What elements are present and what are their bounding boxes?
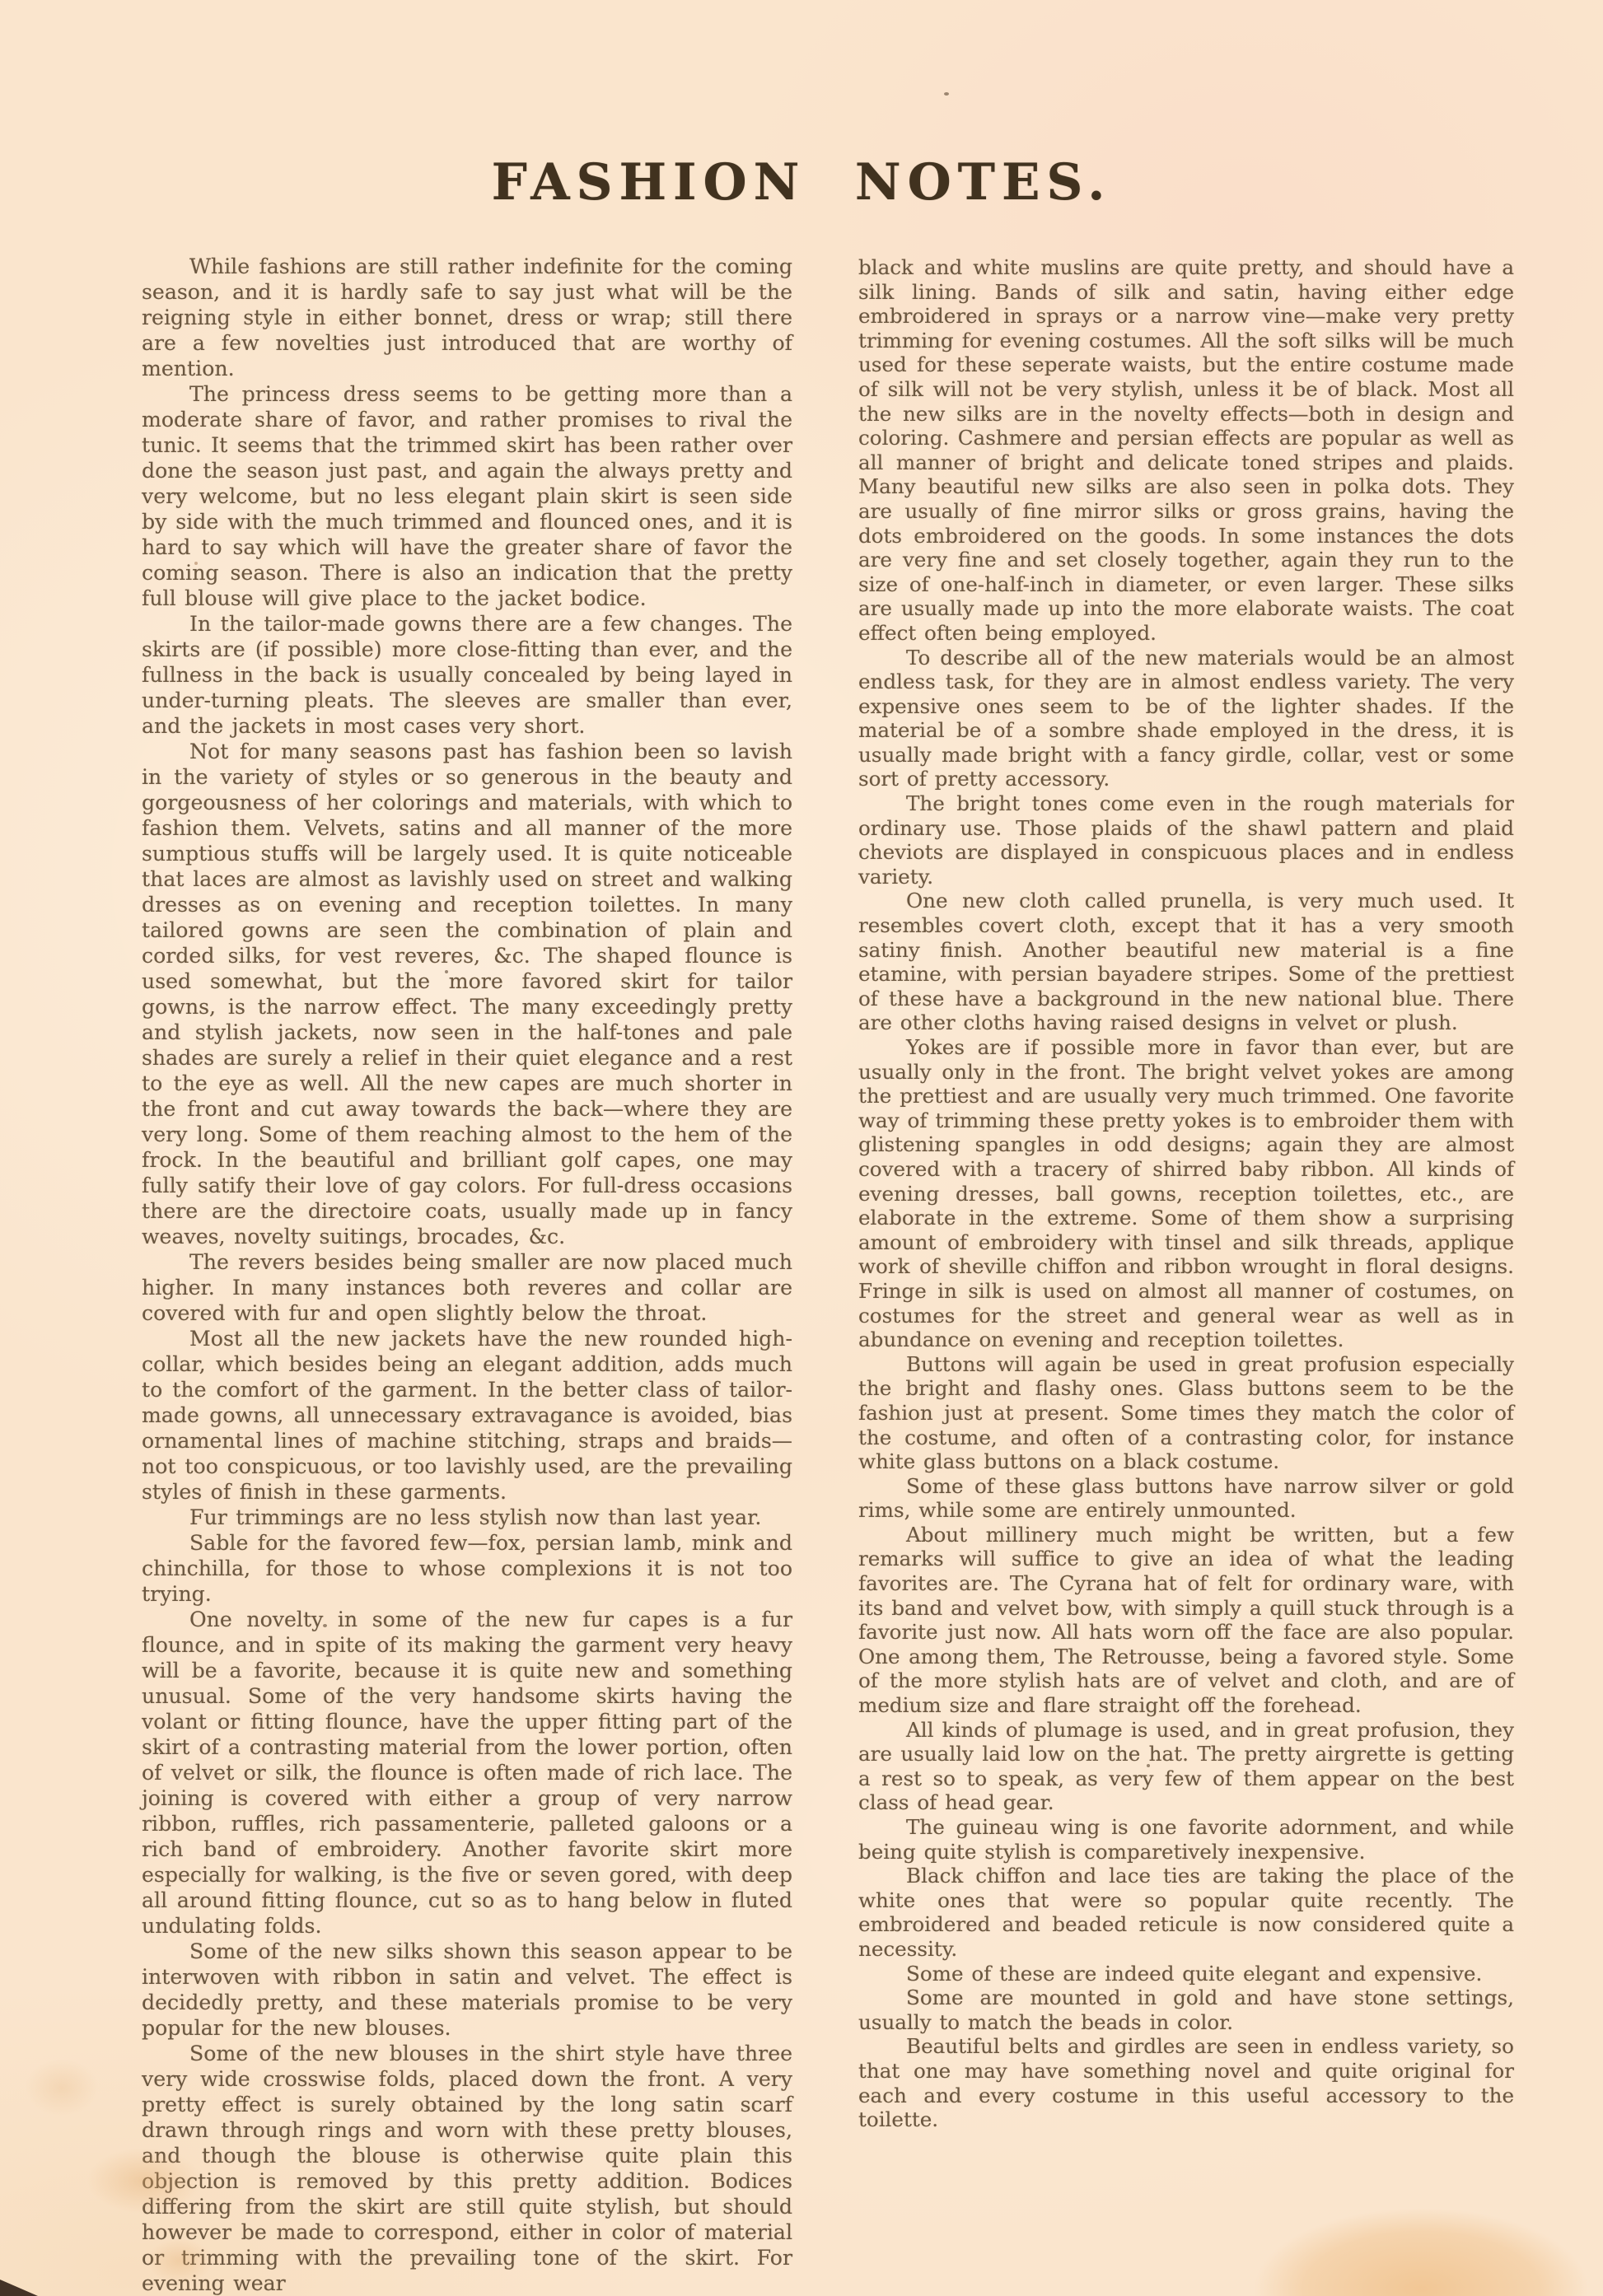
paragraph: black and white muslins are quite pretty… [858,255,1514,646]
dark-corner-bottom-left [0,2280,38,2296]
paragraph: To describe all of the new materials wou… [858,646,1514,792]
paragraph: Some of the new silks shown this season … [142,1939,792,2041]
paragraph: One novelty in some of the new fur capes… [142,1607,792,1939]
paragraph: Beautiful belts and girdles are seen in … [858,2034,1514,2131]
page-title: FASHION NOTES. [0,153,1603,212]
paragraph: The revers besides being smaller are now… [142,1249,792,1326]
paper-speck [1147,1764,1150,1767]
paragraph: About millinery much might be written, b… [858,1523,1514,1718]
stain-bottom-right [1199,2125,1603,2296]
paragraph: The bright tones come even in the rough … [858,791,1514,889]
paragraph: Some of these glass buttons have narrow … [858,1474,1514,1523]
paragraph: Not for many seasons past has fashion be… [142,739,792,1249]
document-page: FASHION NOTES. While fashions are still … [0,0,1603,2296]
paragraph: The guineau wing is one favorite adornme… [858,1815,1514,1864]
paragraph: One new cloth called prunella, is very m… [858,889,1514,1035]
paragraph: Yokes are if possible more in favor than… [858,1035,1514,1352]
paragraph: Buttons will again be used in great prof… [858,1352,1514,1474]
paragraph: The princess dress seems to be getting m… [142,381,792,611]
paragraph: Black chiffon and lace ties are taking t… [858,1864,1514,1961]
paper-speck [944,92,949,96]
left-column: While fashions are still rather indefini… [142,254,792,2296]
paper-speck [194,562,198,565]
paper-speck [323,1624,327,1627]
paragraph: Sable for the favored few—fox, persian l… [142,1530,792,1607]
stain-left-edge [25,2059,99,2116]
paragraph: In the tailor-made gowns there are a few… [142,611,792,739]
right-column: black and white muslins are quite pretty… [858,255,1514,2132]
paragraph: While fashions are still rather indefini… [142,254,792,381]
paragraph: All kinds of plumage is used, and in gre… [858,1718,1514,1815]
paragraph: Most all the new jackets have the new ro… [142,1326,792,1505]
paragraph: Fur trimmings are no less stylish now th… [142,1505,792,1530]
paragraph: Some of these are indeed quite elegant a… [858,1962,1514,1986]
paragraph: Some are mounted in gold and have stone … [858,1986,1514,2034]
paper-speck [445,970,448,973]
paragraph: Some of the new blouses in the shirt sty… [142,2041,792,2296]
